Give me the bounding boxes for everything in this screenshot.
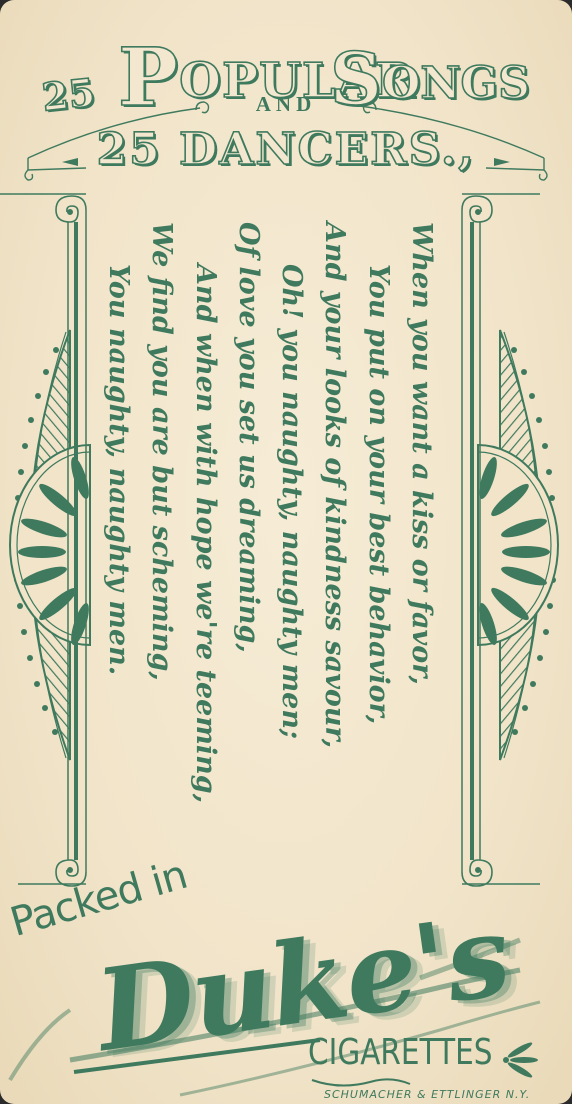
title-number-25-bottom: 25 [96, 124, 161, 175]
verse-line: You put on your best behavior, [360, 222, 397, 882]
verse-line: And when with hope we're teeming, [187, 222, 224, 882]
verse-line: And your looks of kindness savour, [316, 222, 353, 882]
title-punctuation: ., [441, 124, 476, 175]
leaf-flourish-icon [503, 1040, 538, 1079]
song-verse: When you want a kiss or favor, You put o… [100, 222, 440, 882]
title-and: AND [0, 92, 572, 117]
left-fan-ornament [10, 330, 93, 760]
card-title: 25 POPULAR SONGS AND 25 DANCERS., [0, 0, 572, 200]
title-dancers: DANCERS [179, 124, 441, 175]
product-label: CIGARETTES [308, 1032, 492, 1073]
verse-line: Oh! you naughty, naughty men; [273, 222, 310, 882]
right-fan-ornament [475, 330, 558, 760]
verse-line: When you want a kiss or favor, [403, 222, 440, 882]
verse-line: We find you are but scheming, [143, 222, 180, 882]
title-dancers-line: 25 DANCERS., [0, 124, 572, 175]
printer-credit: SCHUMACHER & ETTLINGER N.Y. [324, 1088, 530, 1101]
song-verse-rotated: When you want a kiss or favor, You put o… [100, 222, 440, 882]
verse-line: Of love you set us dreaming, [230, 222, 267, 882]
trade-card: 25 POPULAR SONGS AND 25 DANCERS., When y… [0, 0, 572, 1104]
verse-line: You naughty, naughty men. [100, 222, 137, 882]
